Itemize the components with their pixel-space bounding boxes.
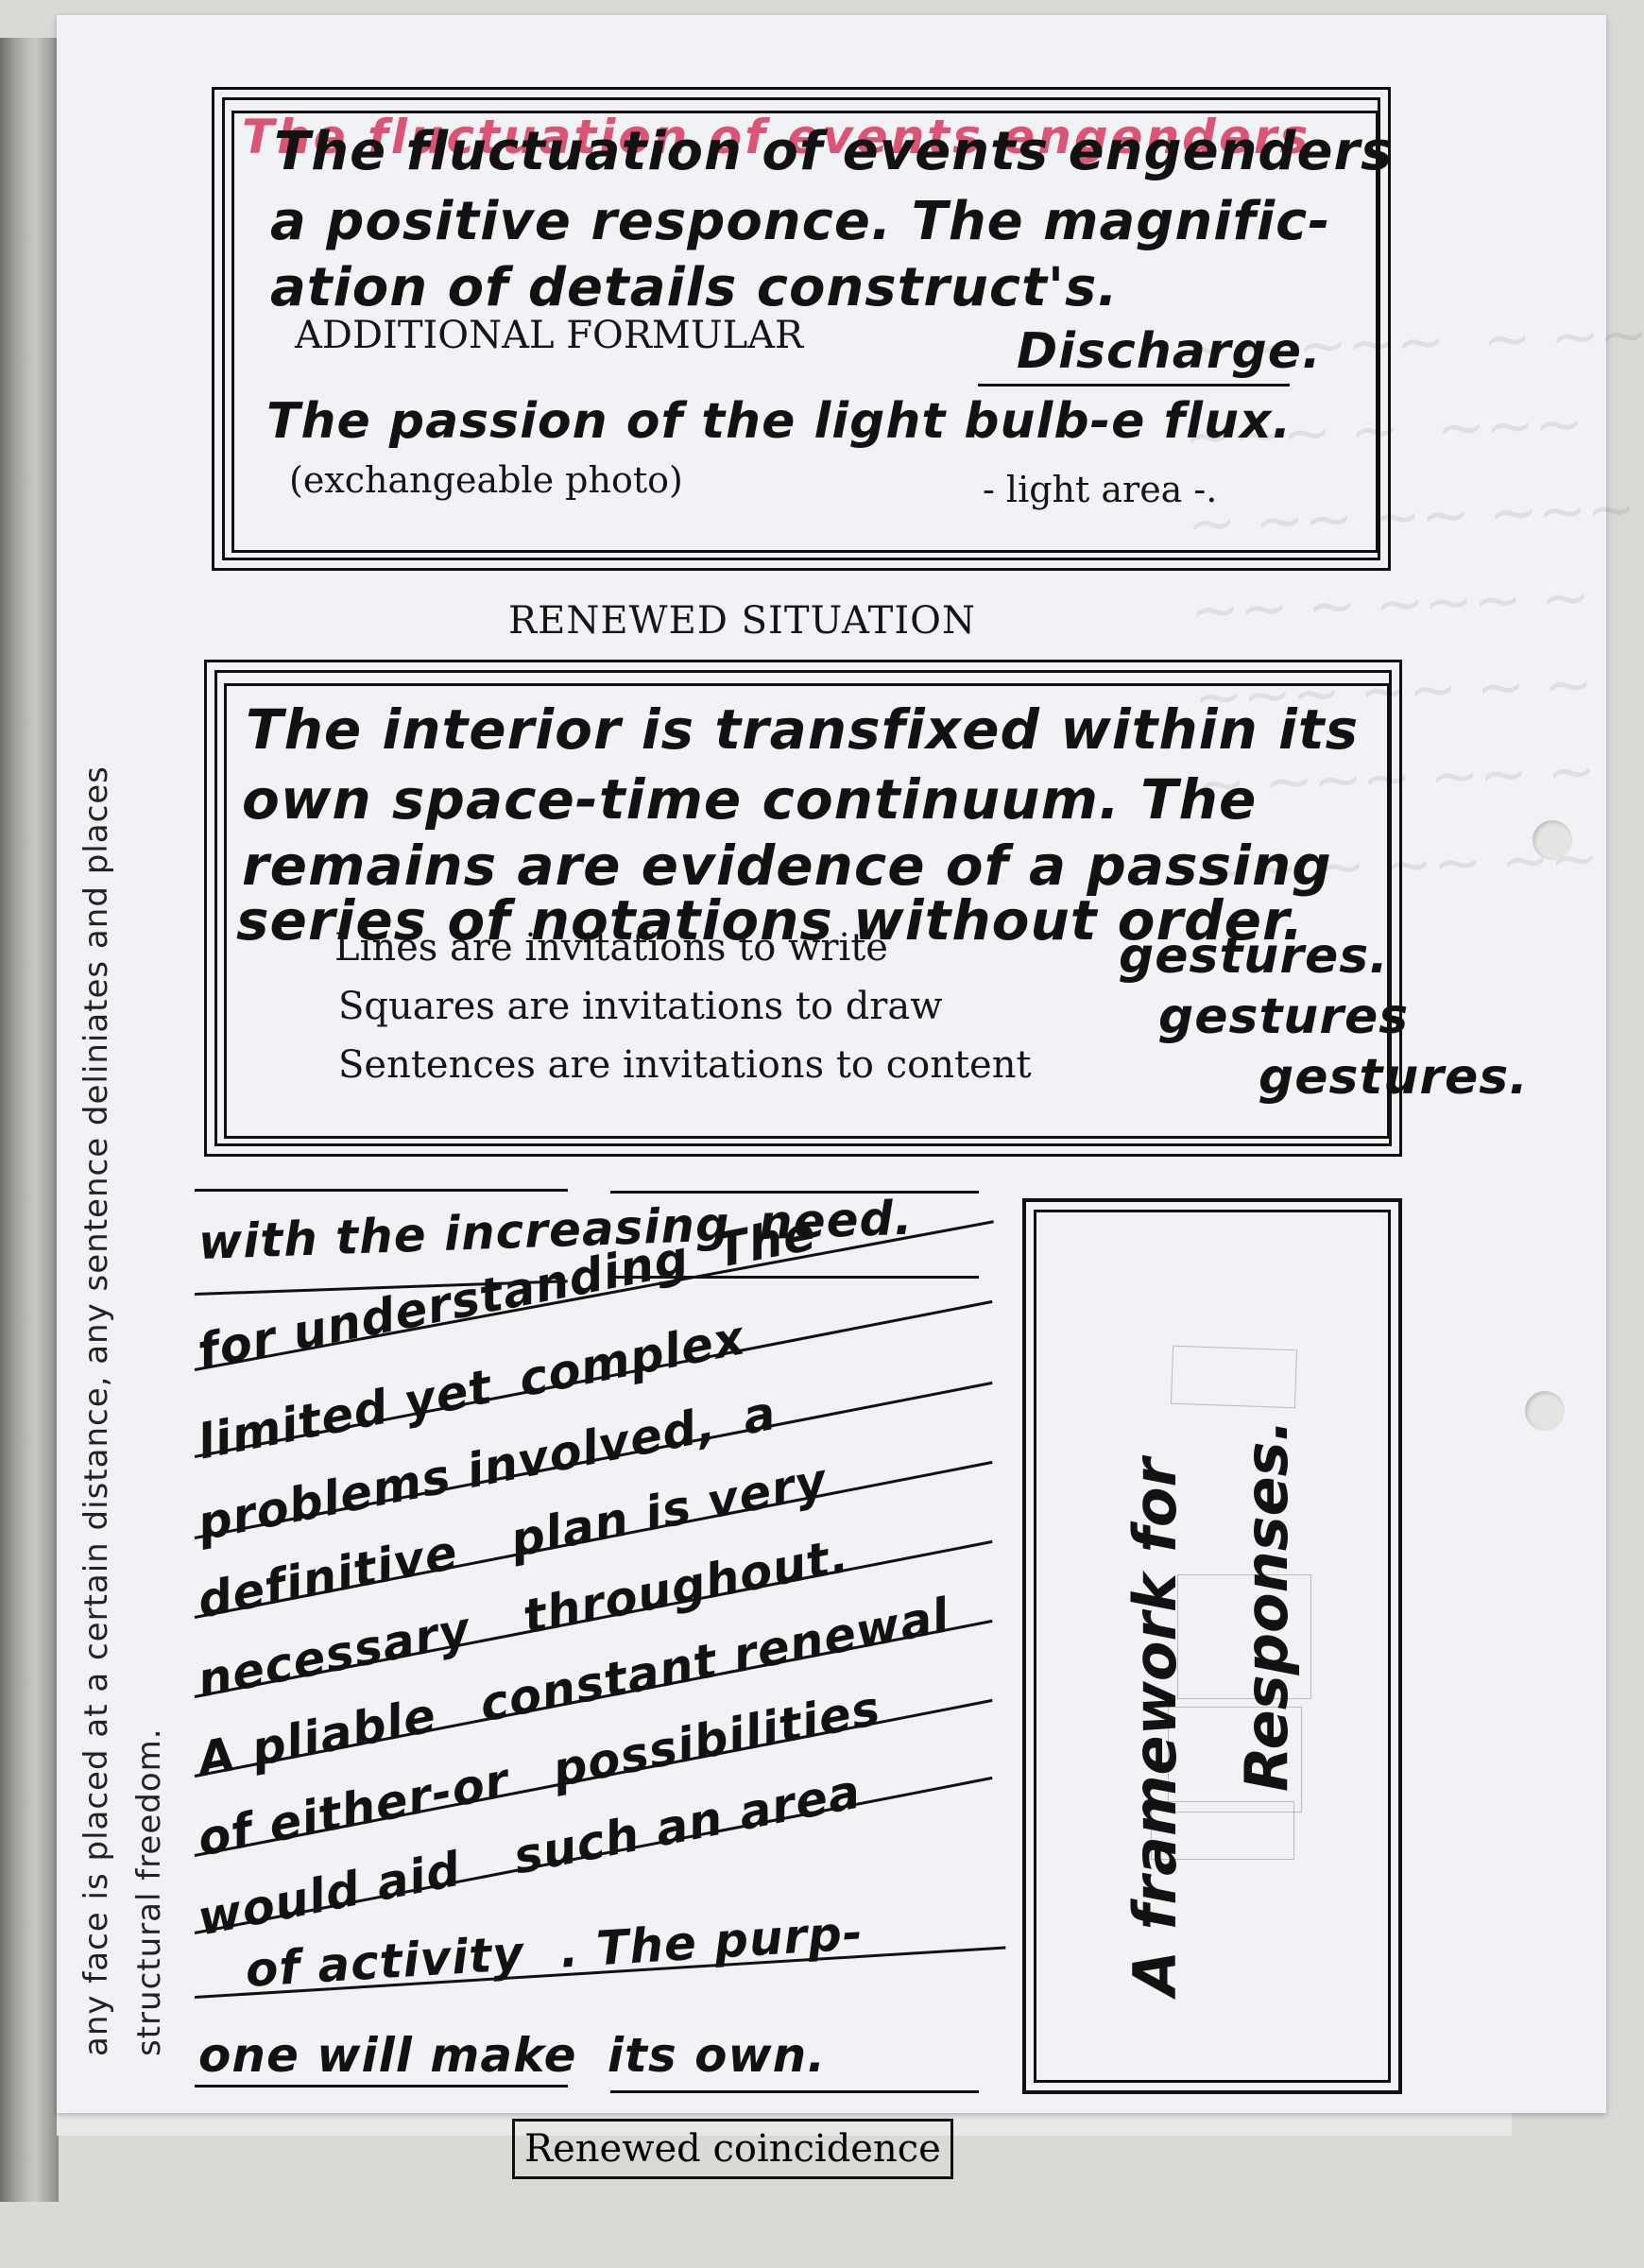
exchangeable-photo-label: (exchangeable photo) [289,459,683,501]
top-handwriting-line3: ation of details construct's. [270,257,1119,318]
ruled-text-left: of activity [244,1926,525,1998]
ruled-text-right: complex [514,1310,749,1407]
ruled-handwriting-line11: one will make its own. [198,2028,826,2083]
punch-hole-top [1533,820,1572,860]
top-handwriting-line1: The fluctuation of events engenders [274,121,1393,182]
ruled-line-top-right [610,1191,979,1194]
squares-invitation: Squares are invitations to draw [338,985,943,1028]
top-handwriting-line4: The passion of the light bulb-e flux. [266,393,1292,450]
squares-invitation-gesture: gestures [1158,988,1409,1045]
document-page: ~~ ~~~ ~ ~~ ~~~ ~ ~~~ ~ ~~ ~~ ~~~ ~~ ~ ~… [57,15,1606,2113]
additional-formular-label: ADDITIONAL FORMULAR [295,314,803,357]
middle-handwriting-line2: own space-time continuum. The [242,767,1257,832]
sentences-invitation-gesture: gestures. [1259,1049,1529,1106]
lines-invitation-gesture: gestures. [1119,928,1389,985]
ruled-text-right: its own. [608,2028,826,2083]
light-area-label: - light area -. [983,469,1217,510]
pencil-sketch-rect [1171,1346,1297,1409]
ruled-line-top-left [195,1189,568,1192]
ruled-line-bottom-left [195,2085,568,2088]
middle-handwriting-line1: The interior is transfixed within its [246,697,1359,762]
ruled-text-left: one will make [198,2028,577,2083]
lines-invitation: Lines are invitations to write [334,926,888,970]
sidebar-text-line2: structural freedom. [130,1727,168,2056]
renewed-situation-heading: RENEWED SITUATION [508,599,976,643]
ruled-text-right: . The purp- [558,1905,865,1978]
punch-hole-bottom [1525,1391,1565,1431]
photo-backing-edge [0,38,59,2202]
discharge-underline [978,384,1290,387]
framework-vertical-text-line1: A framework for [1121,1458,1190,1996]
sentences-invitation: Sentences are invitations to content [338,1043,1032,1087]
framework-vertical-text-line2: Responses. [1232,1419,1301,1792]
ruled-text-right: a [738,1385,780,1446]
renewed-coincidence-label: Renewed coincidence [512,2119,953,2179]
top-handwriting-line2: a positive responce. The magnific- [270,191,1330,252]
sidebar-text-line1: any face is placed at a certain distance… [77,765,115,2056]
ruled-line-bottom-right [610,2090,979,2093]
discharge-answer: Discharge. [1017,323,1322,380]
